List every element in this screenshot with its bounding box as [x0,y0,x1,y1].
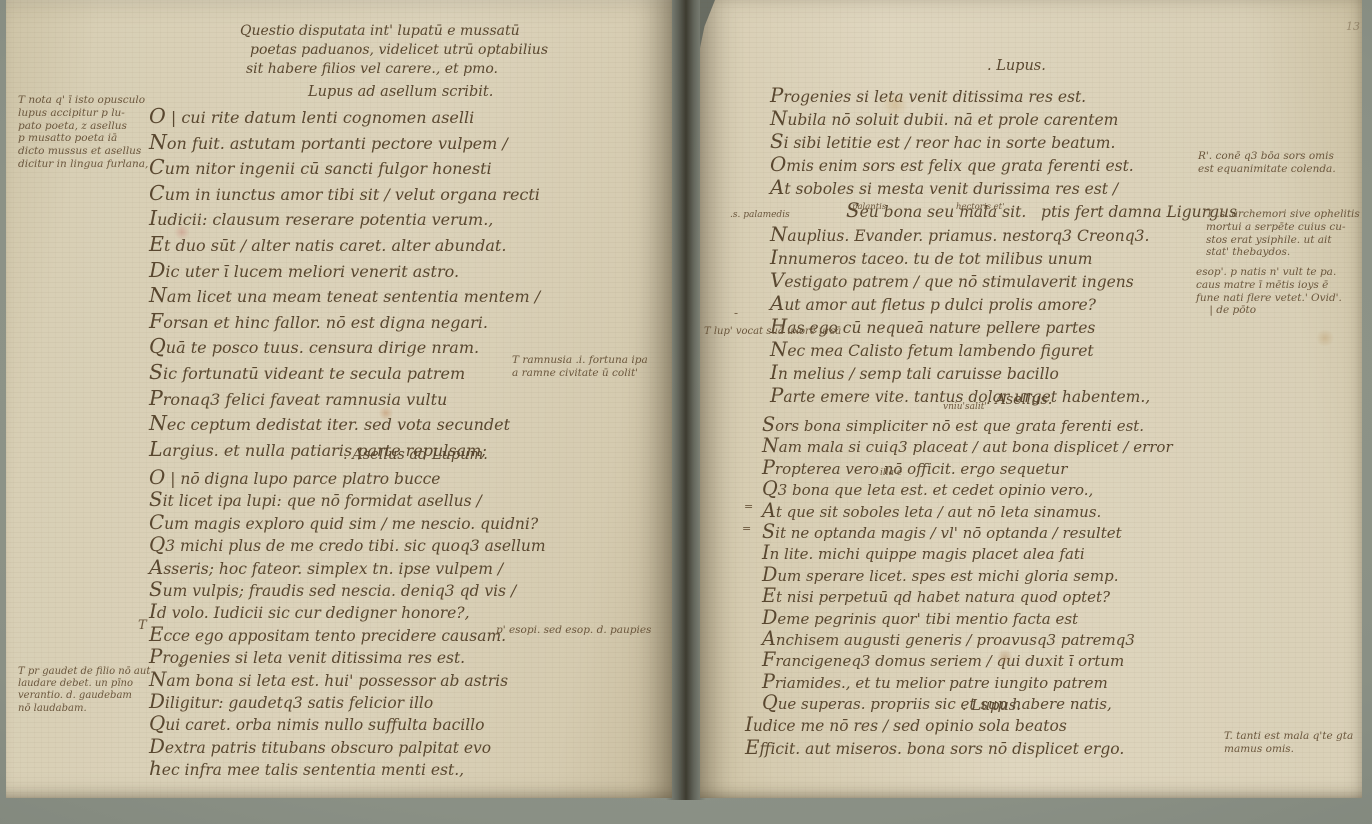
margin-note: palantis [852,202,904,212]
verse-line: Pronaq3 felici faveat ramnusia vultu [149,386,540,412]
verse-line: In melius / semp tali caruisse bacillo [770,361,1237,384]
verse-line: Et duo sūt / alter natis caret. alter ab… [149,232,540,258]
verse-line: Francigeneq3 domus seriem / qui duxit ī … [762,649,1173,670]
verse-line: Nec mea Calisto fetum lambendo figuret [770,338,1237,361]
verse-line: At que sit soboles leta / aut nō leta si… [762,500,1173,521]
stain [1315,330,1335,346]
verse-line: Non fuit. astutam portanti pectore vulpe… [149,130,540,156]
verse-line: Ecce ego appositam tento precidere causa… [149,624,546,646]
verse-line: O | nō digna lupo parce platro bucce [149,467,546,489]
verse-line: Nubila nō soluit dubii. nā et prole care… [770,107,1237,130]
verse-line: Omis enim sors est felix que grata feren… [770,153,1237,176]
verse-line: Si sibi letitie est / reor hac in sorte … [770,130,1237,153]
verse-line: Sic fortunatū videant te secula patrem [149,360,540,386]
verse-line: Et nisi perpetuū qd habet natura quod op… [762,585,1173,606]
verse-line: In lite. michi quippe magis placet alea … [762,542,1173,563]
verse-line: O | cui rite datum lenti cognomen aselli [149,104,540,130]
margin-note: - [734,306,744,321]
verse-line: Dextra patris titubans obscuro palpitat … [149,736,546,758]
heading-line: sit habere filios vel carere., et pmo. [246,60,548,79]
verse-block-asellus: O | nō digna lupo parce platro bucceSit … [149,467,546,780]
margin-note: p' esopi. sed esop. d. paupies [496,624,671,637]
margin-note: ē [178,660,192,671]
verse-line: Q3 bona que leta est. et cedet opinio ve… [762,478,1173,499]
verse-line: Aut amor aut fletus p dulci prolis amore… [770,292,1237,315]
heading-line: Questio disputata int' lupatū e mussatū [240,22,548,41]
margin-note: vniu'salit' [943,402,999,413]
right-page: 13 . Lupus. Progenies si leta venit diti… [700,0,1362,798]
verse-line: At soboles si mesta venit durissima res … [770,176,1237,199]
verse-line: Sit licet ipa lupi: que nō formidat asel… [149,489,546,511]
margin-note: R'. conē q3 bōa sors omis est equanimita… [1198,150,1370,176]
verse-line: Nam mala si cuiq3 placeat / aut bona dis… [762,435,1173,456]
section-title-lupus-2: . Lupus. [962,698,1021,714]
verse-line: Dum sperare licet. spes est michi gloria… [762,564,1173,585]
section-title-lupus-ad-asellum: Lupus ad asellum scribit. [308,84,493,100]
verse-block-lupus: O | cui rite datum lenti cognomen aselli… [149,104,540,462]
margin-note: = [744,500,756,513]
incipit-heading: Questio disputata int' lupatū e mussatūp… [240,22,548,79]
verse-line: Progenies si leta venit ditissima res es… [770,84,1237,107]
verse-line: Progenies si leta venit ditissima res es… [149,646,546,668]
verse-line: Efficit. aut miseros. bona sors nō displ… [745,737,1124,760]
verse-line: Nam licet una meam teneat sententia ment… [149,283,540,309]
margin-note: T. tanti est mala q'te gta mamus omis. [1224,730,1366,756]
verse-line: Sit ne optanda magis / vl' nō optanda / … [762,521,1173,542]
verse-line: Id volo. Iudicii sic cur dedigner honore… [149,601,546,623]
margin-note: = [742,522,754,535]
margin-note: T [138,618,150,634]
verse-line: Cum nitor ingenii cū sancti fulgor hones… [149,155,540,181]
page-tear [700,0,715,48]
folio-number: 13 [1346,20,1360,33]
verse-line: Nec ceptum dedistat iter. sed vota secun… [149,411,540,437]
verse-line: hec infra mee talis sententia menti est.… [149,758,546,780]
verse-line: Dic uter ī lucem meliori venerit astro. [149,258,540,284]
left-page: Questio disputata int' lupatū e mussatūp… [6,0,672,798]
verse-line: Priamides., et tu melior patre iungito p… [762,671,1173,692]
verse-line: Asseris; hoc fateor. simplex tn. ipse vu… [149,557,546,579]
verse-line: Anchisem augusti generis / proavusq3 pat… [762,628,1173,649]
verse-line: Iudice me nō res / sed opinio sola beato… [745,714,1124,737]
verse-line: Seu bona seu mala sit. ptis fert damna L… [846,199,1237,222]
verse-block-lupus-final: Iudice me nō res / sed opinio sola beato… [745,714,1124,759]
heading-line: poetas paduanos, videlicet utrū optabili… [250,41,548,60]
section-title-lupus: . Lupus. [987,58,1046,74]
verse-line: Nam bona si leta est. hui' possessor ab … [149,669,546,691]
manuscript-photo: Questio disputata int' lupatū e mussatūp… [0,0,1372,824]
verse-line: Nauplius. Evander. priamus. nestorq3 Cre… [770,223,1237,246]
verse-block-asellus-reply: Sors bona simpliciter nō est que grata f… [762,414,1173,713]
verse-line: Innumeros taceo. tu de tot milibus unum [770,246,1237,269]
margin-note: esop'. p natis n' vult te pa. caus matre… [1196,266,1372,317]
margin-note: illa ē [880,468,912,479]
verse-line: Diligitur: gaudetq3 satis felicior illo [149,691,546,713]
verse-line: Cum magis exploro quid sim / me nescio. … [149,512,546,534]
margin-note: hectoris et' [956,202,1018,212]
verse-line: Q3 michi plus de me credo tibi. sic quoq… [149,534,546,556]
margin-note: .s. palamedis [730,210,802,221]
verse-line: Sors bona simpliciter nō est que grata f… [762,414,1173,435]
verse-line: Quā te posco tuus. censura dirige nram. [149,334,540,360]
margin-note: T ramnusia .i. fortuna ipa a ramne civit… [512,354,672,380]
margin-note: T nota q' ī isto opusculo lupus accipitu… [18,94,160,171]
verse-line: Deme pegrinis quor' tibi mentio facta es… [762,607,1173,628]
verse-line: Iudicii: clausum reserare potentia verum… [149,206,540,232]
section-title-asellus-ad-lupum: . Asellus ad Lupum. [343,447,488,463]
verse-line: Cum in iunctus amor tibi sit / velut org… [149,181,540,207]
verse-block-lupus-reply: Progenies si leta venit ditissima res es… [770,84,1237,407]
verse-line: Vestigato patrem / que nō stimulaverit i… [770,269,1237,292]
margin-note: T pr gaudet de filio nō aut laudare debe… [18,666,156,715]
verse-line: Forsan et hinc fallor. nō est digna nega… [149,309,540,335]
verse-line: Sum vulpis; fraudis sed nescia. deniq3 q… [149,579,546,601]
margin-note: T .s. archemori sive ophelitis mortui a … [1206,208,1372,259]
margin-note: T lup' vocat suā uxorē ursā [704,326,859,338]
verse-line: Propterea vero nō officit. ergo sequetur [762,457,1173,478]
verse-line: Qui caret. orba nimis nullo suffulta bac… [149,713,546,735]
